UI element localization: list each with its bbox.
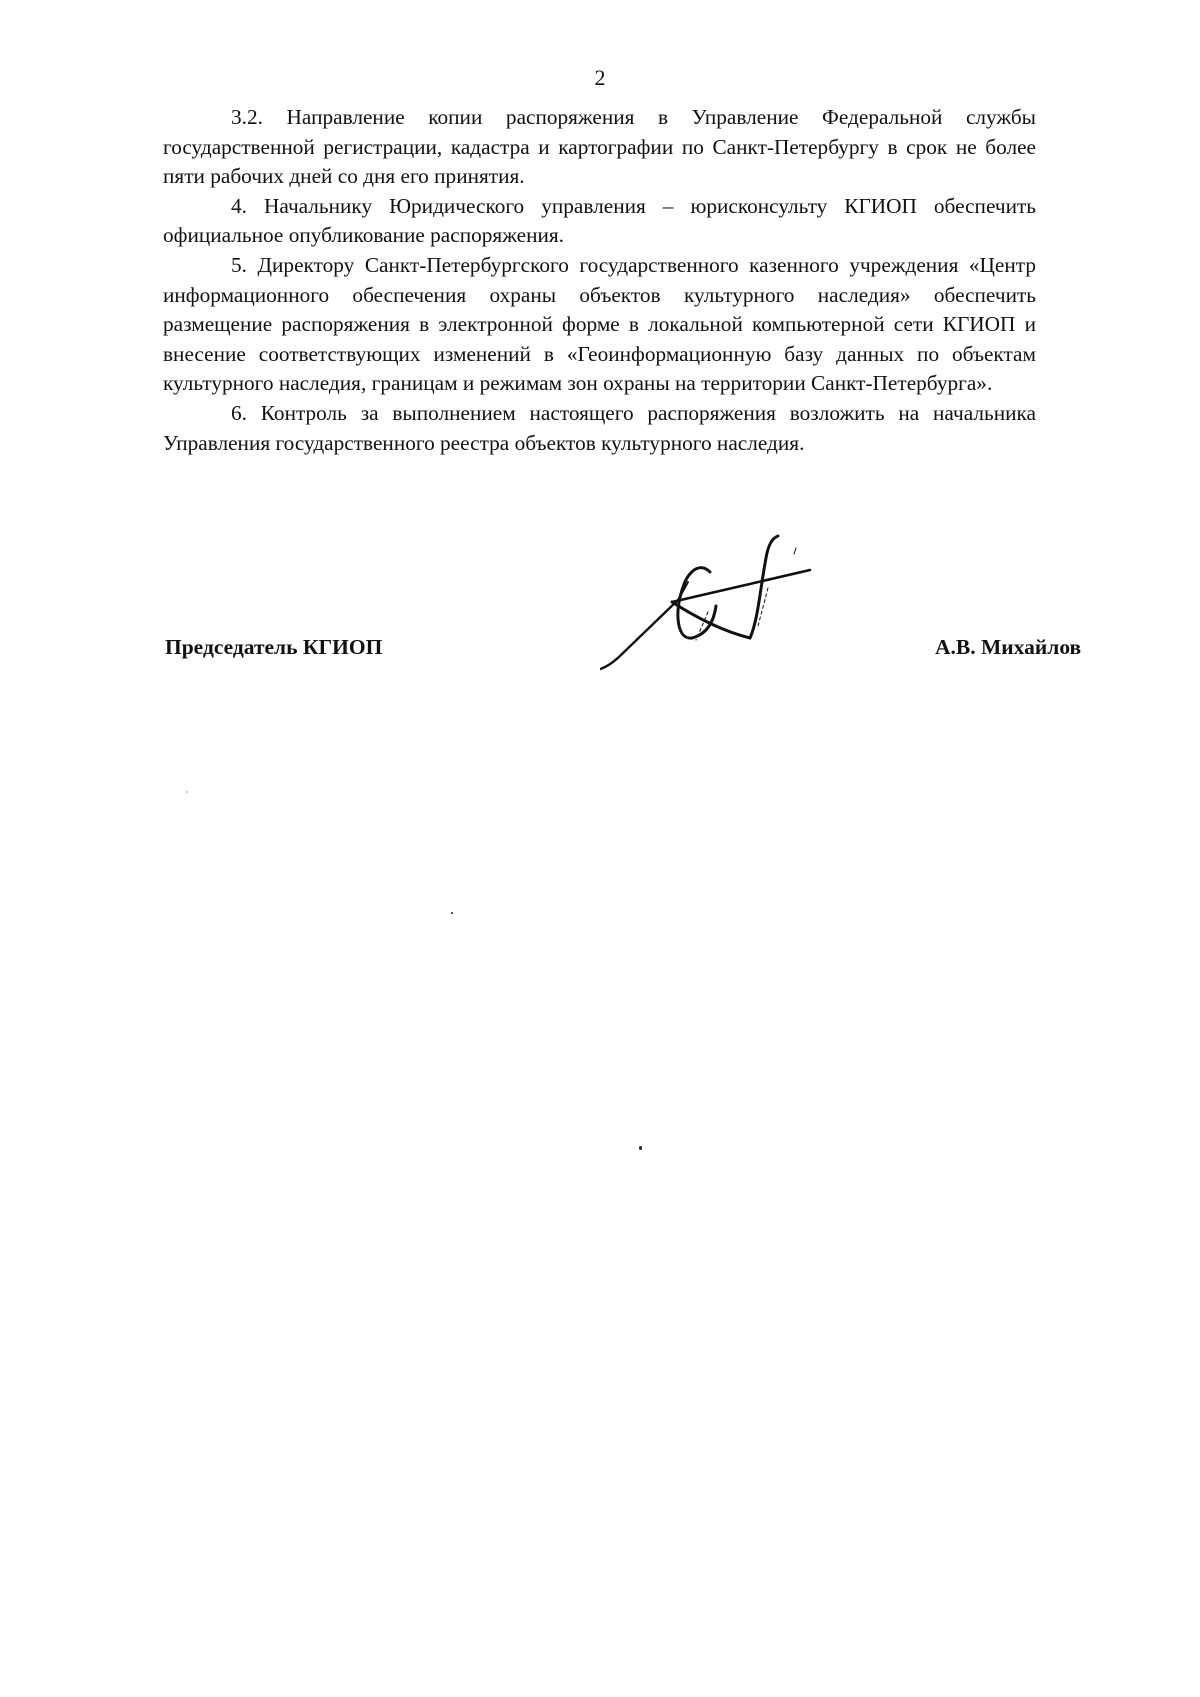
handwritten-signature-icon	[600, 530, 830, 690]
page-number: 2	[0, 63, 1200, 93]
paragraph-6: 6. Контроль за выполнением настоящего ра…	[163, 399, 1036, 458]
scan-speck	[451, 912, 453, 914]
scan-speck	[186, 791, 188, 793]
paragraph-4: 4. Начальнику Юридического управления – …	[163, 192, 1036, 251]
paragraph-3-2: 3.2. Направление копии распоряжения в Уп…	[163, 103, 1036, 192]
document-body: 3.2. Направление копии распоряжения в Уп…	[163, 103, 1036, 458]
paragraph-5: 5. Директору Санкт-Петербургского госуда…	[163, 251, 1036, 399]
signatory-title: Председатель КГИОП	[165, 632, 382, 662]
signature-block: Председатель КГИОП А.В. Михайлов	[0, 560, 1200, 710]
scan-speck	[639, 1146, 642, 1150]
signatory-name: А.В. Михайлов	[935, 632, 1081, 662]
